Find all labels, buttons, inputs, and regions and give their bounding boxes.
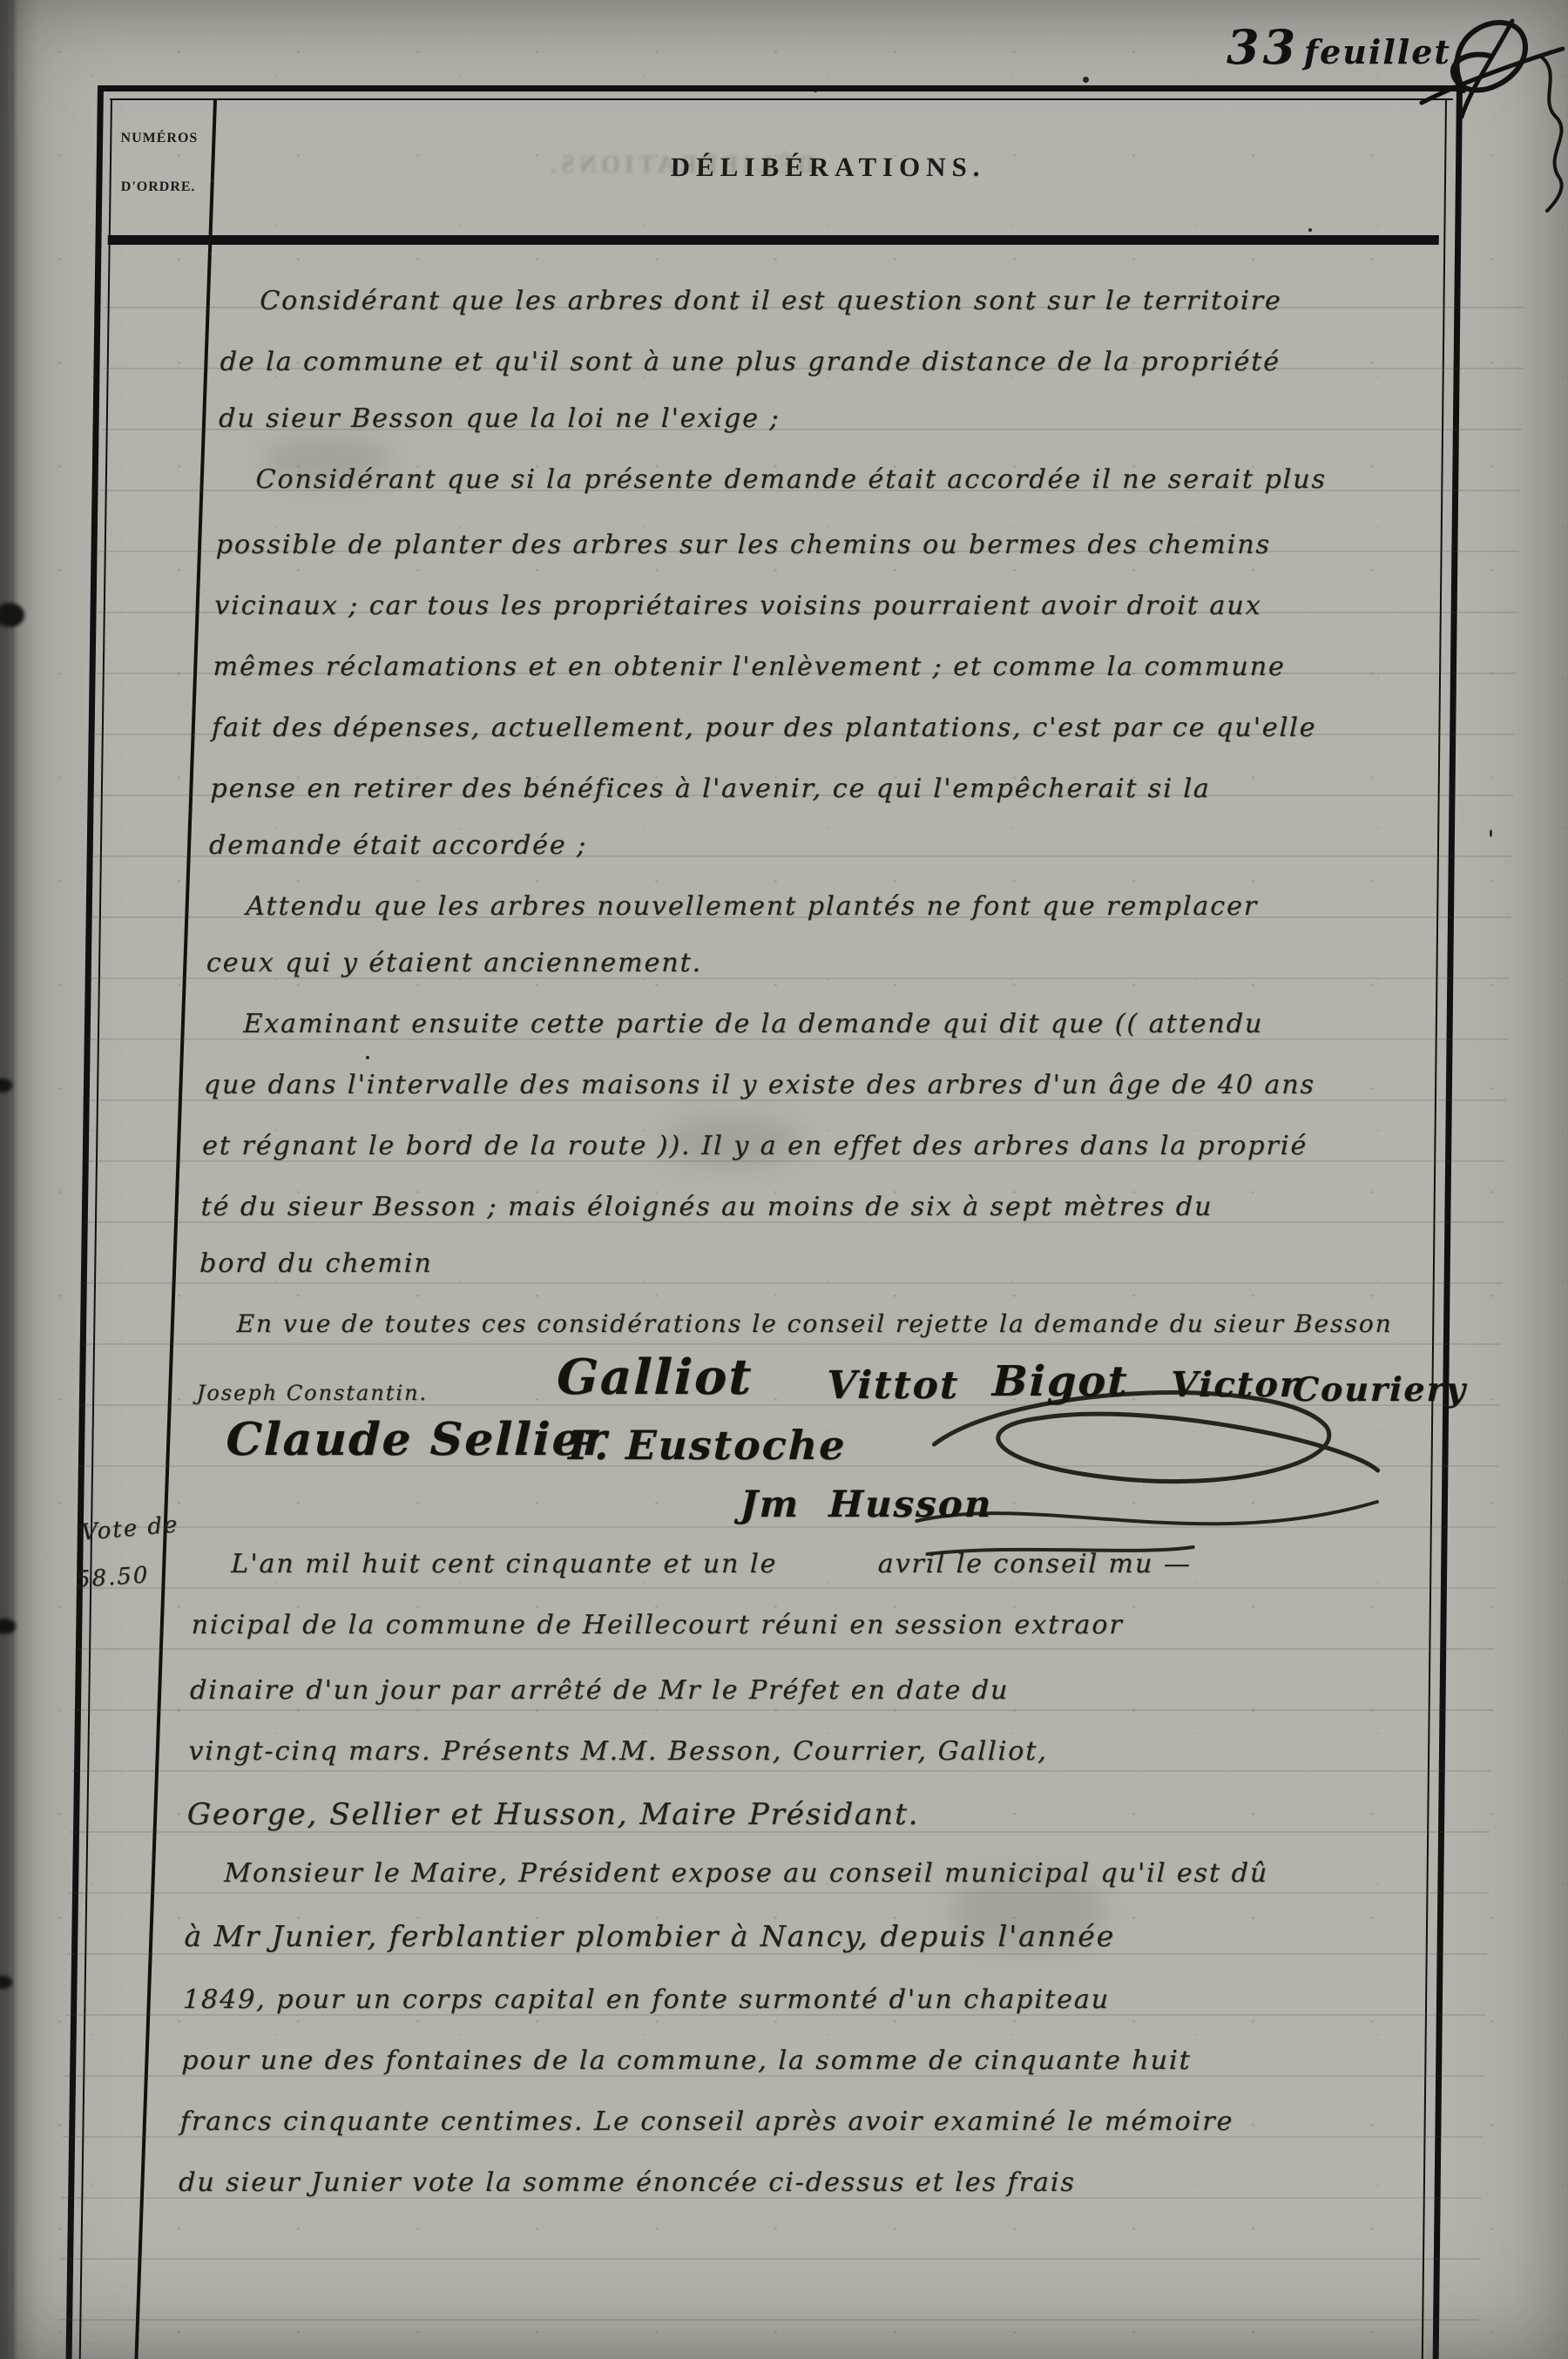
manuscript-line: George, Sellier et Husson, Maire Présida… <box>186 1797 920 1832</box>
signature: Galliot <box>556 1348 754 1406</box>
manuscript-line: possible de planter des arbres sur les c… <box>215 530 1271 560</box>
manuscript-line: que dans l'intervalle des maisons il y e… <box>203 1070 1315 1100</box>
signature: Joseph Constantin. <box>196 1381 428 1405</box>
signature: Claude Sellier <box>226 1413 609 1466</box>
manuscript-line: vingt-cinq mars. Présents M.M. Besson, C… <box>188 1736 1048 1767</box>
manuscript-line: Monsieur le Maire, Président expose au c… <box>224 1858 1269 1889</box>
manuscript-line: 1849, pour un corps capital en fonte sur… <box>183 1984 1111 2015</box>
manuscript-line: vicinaux ; car tous les propriétaires vo… <box>214 591 1262 621</box>
manuscript-line: fait des dépenses, actuellement, pour de… <box>212 713 1317 743</box>
manuscript-line: Examinant ensuite cette partie de la dem… <box>243 1009 1264 1039</box>
manuscript-line: té du sieur Besson ; mais éloignés au mo… <box>200 1192 1213 1222</box>
manuscript-line: du sieur Junier vote la somme énoncée ci… <box>179 2167 1076 2198</box>
manuscript-line: En vue de toutes ces considérations le c… <box>236 1309 1393 1338</box>
manuscript-line: ceux qui y étaient anciennement. <box>206 948 703 978</box>
header-rule <box>108 235 1439 245</box>
order-number-column-header: D'ORDRE. <box>107 179 209 195</box>
manuscript-line: bord du chemin <box>199 1248 433 1279</box>
manuscript-line: L'an mil huit cent cinquante et un le av… <box>231 1549 1192 1579</box>
signature: F. Eustoche <box>568 1422 847 1469</box>
manuscript-line: nicipal de la commune de Heillecourt réu… <box>191 1610 1124 1640</box>
manuscript-line: francs cinquante centimes. Le conseil ap… <box>179 2106 1233 2137</box>
page-content: NUMÉROS D'ORDRE. DÉLIBÉRATIONS. DÉLIBÉRA… <box>0 0 1568 2359</box>
signature-flourish-icon <box>905 1390 1415 1573</box>
manuscript-line: de la commune et qu'il sont à une plus g… <box>220 347 1281 377</box>
manuscript-line: du sieur Besson que la loi ne l'exige ; <box>219 403 781 434</box>
page-title: DÉLIBÉRATIONS. <box>466 152 1190 183</box>
manuscript-line: demande était accordée ; <box>209 830 588 861</box>
manuscript-line: à Mr Junier, ferblantier plombier à Nanc… <box>184 1919 1116 1953</box>
manuscript-line: et régnant le bord de la route )). Il y … <box>202 1131 1308 1161</box>
register-page: 33 feuillet. NUMÉROS D'ORDRE. DÉLIBÉRATI… <box>0 0 1568 2359</box>
margin-note: 58.50 <box>75 1562 150 1593</box>
manuscript-line: Attendu que les arbres nouvellement plan… <box>246 891 1259 922</box>
manuscript-line: pour une des fontaines de la commune, la… <box>181 2045 1192 2076</box>
manuscript-line: Considérant que si la présente demande é… <box>255 464 1327 495</box>
manuscript-line: mêmes réclamations et en obtenir l'enlèv… <box>213 652 1286 682</box>
order-number-column-header: NUMÉROS <box>108 131 210 146</box>
manuscript-line: pense en retirer des bénéfices à l'aveni… <box>210 774 1211 804</box>
manuscript-line: dinaire d'un jour par arrêté de Mr le Pr… <box>190 1675 1010 1706</box>
manuscript-line: Considérant que les arbres dont il est q… <box>260 286 1282 316</box>
